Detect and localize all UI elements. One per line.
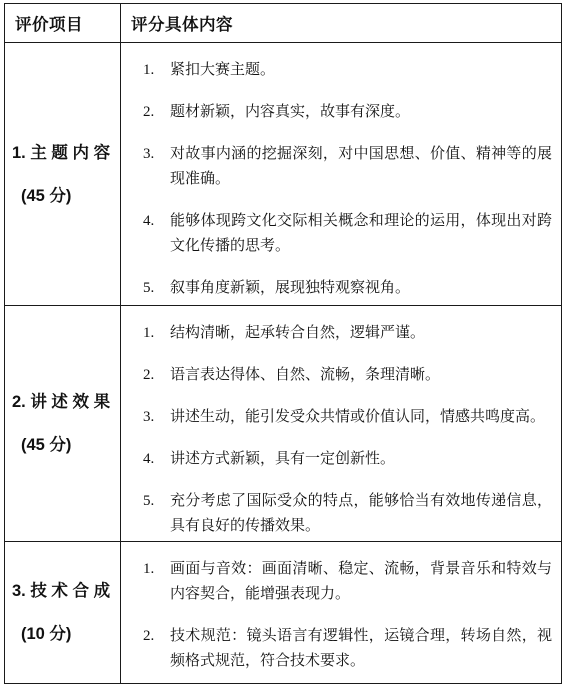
- category-score: (45 分): [12, 185, 118, 207]
- criterion-item: 1. 紧扣大赛主题。: [143, 58, 552, 83]
- criterion-text: 对故事内涵的挖掘深刻，对中国思想、价值、精神等的展现准确。: [170, 142, 552, 192]
- criterion-item: 4. 能够体现跨文化交际相关概念和理论的运用，体现出对跨文化传播的思考。: [143, 209, 552, 259]
- criterion-item: 3. 对故事内涵的挖掘深刻，对中国思想、价值、精神等的展现准确。: [143, 142, 552, 192]
- category-title: 2. 讲 述 效 果: [12, 391, 118, 413]
- criterion-number: 4.: [143, 447, 170, 472]
- criterion-number: 3.: [143, 405, 170, 430]
- criterion-number: 5.: [143, 276, 170, 301]
- category-cell-theme-content: 1. 主 题 内 容 (45 分): [5, 43, 121, 306]
- criterion-number: 3.: [143, 142, 170, 192]
- category-cell-narration-effect: 2. 讲 述 效 果 (45 分): [5, 306, 121, 542]
- criteria-cell-narration-effect: 1. 结构清晰，起承转合自然，逻辑严谨。 2. 语言表达得体、自然、流畅，条理清…: [121, 306, 561, 542]
- category-score: (45 分): [12, 434, 118, 456]
- criterion-item: 1. 结构清晰，起承转合自然，逻辑严谨。: [143, 321, 552, 346]
- criterion-text: 结构清晰，起承转合自然，逻辑严谨。: [170, 321, 552, 346]
- criteria-cell-technical-composition: 1. 画面与音效：画面清晰、稳定、流畅，背景音乐和特效与内容契合，能增强表现力。…: [121, 542, 561, 683]
- criterion-text: 讲述生动，能引发受众共情或价值认同，情感共鸣度高。: [170, 405, 552, 430]
- criterion-text: 能够体现跨文化交际相关概念和理论的运用，体现出对跨文化传播的思考。: [170, 209, 552, 259]
- criterion-item: 2. 语言表达得体、自然、流畅，条理清晰。: [143, 363, 552, 388]
- criterion-text: 讲述方式新颖，具有一定创新性。: [170, 447, 552, 472]
- criterion-item: 5. 充分考虑了国际受众的特点，能够恰当有效地传递信息，具有良好的传播效果。: [143, 489, 552, 539]
- criterion-number: 4.: [143, 209, 170, 259]
- category-cell-technical-composition: 3. 技 术 合 成 (10 分): [5, 542, 121, 683]
- criterion-text: 语言表达得体、自然、流畅，条理清晰。: [170, 363, 552, 388]
- criteria-cell-theme-content: 1. 紧扣大赛主题。 2. 题材新颖，内容真实，故事有深度。 3. 对故事内涵的…: [121, 43, 561, 306]
- category-title: 1. 主 题 内 容: [12, 142, 118, 164]
- criterion-number: 1.: [143, 321, 170, 346]
- scoring-rubric-table: 评价项目 评分具体内容 1. 主 题 内 容 (45 分) 1. 紧扣大赛主题。…: [4, 3, 562, 684]
- criterion-number: 1.: [143, 557, 170, 607]
- criterion-number: 2.: [143, 100, 170, 125]
- header-evaluation-item: 评价项目: [5, 4, 121, 43]
- criterion-text: 画面与音效：画面清晰、稳定、流畅，背景音乐和特效与内容契合，能增强表现力。: [170, 557, 552, 607]
- criterion-item: 3. 讲述生动，能引发受众共情或价值认同，情感共鸣度高。: [143, 405, 552, 430]
- criterion-text: 技术规范：镜头语言有逻辑性，运镜合理，转场自然，视频格式规范，符合技术要求。: [170, 624, 552, 674]
- criterion-text: 叙事角度新颖，展现独特观察视角。: [170, 276, 552, 301]
- criterion-item: 5. 叙事角度新颖，展现独特观察视角。: [143, 276, 552, 301]
- criterion-item: 1. 画面与音效：画面清晰、稳定、流畅，背景音乐和特效与内容契合，能增强表现力。: [143, 557, 552, 607]
- category-title: 3. 技 术 合 成: [12, 580, 118, 602]
- criterion-text: 题材新颖，内容真实，故事有深度。: [170, 100, 552, 125]
- criterion-item: 2. 题材新颖，内容真实，故事有深度。: [143, 100, 552, 125]
- criterion-text: 充分考虑了国际受众的特点，能够恰当有效地传递信息，具有良好的传播效果。: [170, 489, 552, 539]
- criterion-item: 4. 讲述方式新颖，具有一定创新性。: [143, 447, 552, 472]
- criterion-number: 5.: [143, 489, 170, 539]
- criterion-number: 2.: [143, 363, 170, 388]
- category-score: (10 分): [12, 623, 118, 645]
- criterion-number: 1.: [143, 58, 170, 83]
- criterion-text: 紧扣大赛主题。: [170, 58, 552, 83]
- criterion-item: 2. 技术规范：镜头语言有逻辑性，运镜合理，转场自然，视频格式规范，符合技术要求…: [143, 624, 552, 674]
- header-scoring-content: 评分具体内容: [121, 4, 561, 43]
- criterion-number: 2.: [143, 624, 170, 674]
